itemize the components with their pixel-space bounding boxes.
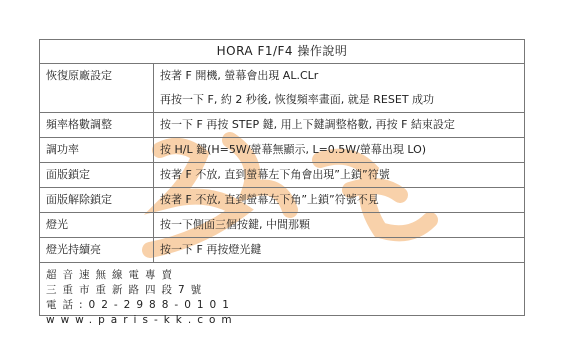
table-row: 調功率 按 H/L 鍵(H=5W/螢幕無顯示, L=0.5W/螢幕出現 LO) bbox=[40, 138, 524, 163]
row-line: 按著 F 不放, 直到螢幕左下角會出現”上鎖”符號 bbox=[160, 163, 518, 187]
row-label: 頻率格數調整 bbox=[40, 113, 154, 137]
address: 三重市重新路四段7號 bbox=[46, 283, 518, 298]
row-value: 按 H/L 鍵(H=5W/螢幕無顯示, L=0.5W/螢幕出現 LO) bbox=[154, 138, 524, 162]
instruction-table: HORA F1/F4 操作說明 恢復原廠設定 按著 F 開機, 螢幕會出現 AL… bbox=[39, 39, 525, 316]
document-title: HORA F1/F4 操作說明 bbox=[40, 40, 524, 64]
row-value: 按一下 F 再按 STEP 鍵, 用上下鍵調整格數, 再按 F 結束設定 bbox=[154, 113, 524, 137]
row-label: 面版鎖定 bbox=[40, 163, 154, 187]
row-line: 按 H/L 鍵(H=5W/螢幕無顯示, L=0.5W/螢幕出現 LO) bbox=[160, 138, 518, 162]
website: www.paris-kk.com bbox=[46, 313, 518, 328]
table-row: 面版解除鎖定 按著 F 不放, 直到螢幕左下角”上鎖”符號不見 bbox=[40, 188, 524, 213]
row-line: 按著 F 開機, 螢幕會出現 AL.CLr bbox=[160, 64, 518, 88]
row-value: 按著 F 開機, 螢幕會出現 AL.CLr 再按一下 F, 約 2 秒後, 恢復… bbox=[154, 64, 524, 112]
table-row: 恢復原廠設定 按著 F 開機, 螢幕會出現 AL.CLr 再按一下 F, 約 2… bbox=[40, 64, 524, 113]
row-line: 按著 F 不放, 直到螢幕左下角”上鎖”符號不見 bbox=[160, 188, 518, 212]
company-name: 超音速無線電專賣 bbox=[46, 268, 518, 283]
table-row: 頻率格數調整 按一下 F 再按 STEP 鍵, 用上下鍵調整格數, 再按 F 結… bbox=[40, 113, 524, 138]
row-value: 按一下 F 再按燈光鍵 bbox=[154, 238, 524, 262]
row-label: 調功率 bbox=[40, 138, 154, 162]
row-line: 按一下側面三個按鍵, 中間那顆 bbox=[160, 213, 518, 237]
row-value: 按一下側面三個按鍵, 中間那顆 bbox=[154, 213, 524, 237]
row-value: 按著 F 不放, 直到螢幕左下角會出現”上鎖”符號 bbox=[154, 163, 524, 187]
row-label: 恢復原廠設定 bbox=[40, 64, 154, 112]
row-value: 按著 F 不放, 直到螢幕左下角”上鎖”符號不見 bbox=[154, 188, 524, 212]
row-label: 燈光 bbox=[40, 213, 154, 237]
phone: 電話:02-2988-0101 bbox=[46, 298, 518, 313]
table-row: 燈光 按一下側面三個按鍵, 中間那顆 bbox=[40, 213, 524, 238]
row-line: 再按一下 F, 約 2 秒後, 恢復頻率畫面, 就是 RESET 成功 bbox=[160, 88, 518, 112]
table-row: 燈光持續亮 按一下 F 再按燈光鍵 bbox=[40, 238, 524, 263]
contact-footer: 超音速無線電專賣 三重市重新路四段7號 電話:02-2988-0101 www.… bbox=[40, 263, 524, 333]
row-label: 面版解除鎖定 bbox=[40, 188, 154, 212]
row-line: 按一下 F 再按燈光鍵 bbox=[160, 238, 518, 262]
row-line: 按一下 F 再按 STEP 鍵, 用上下鍵調整格數, 再按 F 結束設定 bbox=[160, 113, 518, 137]
row-label: 燈光持續亮 bbox=[40, 238, 154, 262]
table-row: 面版鎖定 按著 F 不放, 直到螢幕左下角會出現”上鎖”符號 bbox=[40, 163, 524, 188]
